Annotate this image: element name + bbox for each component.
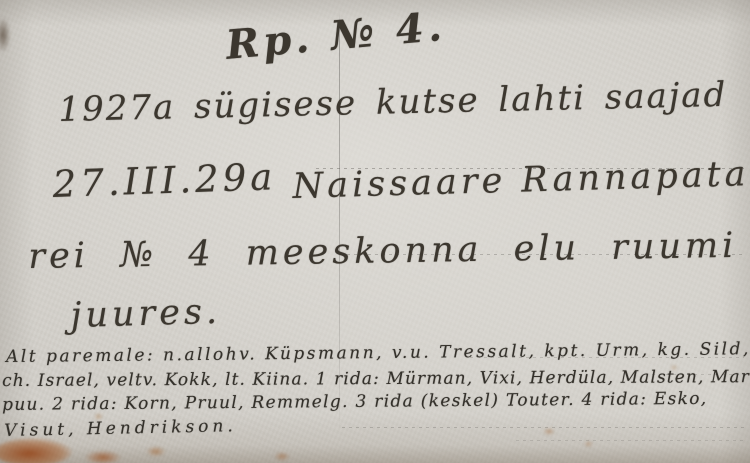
rust-stain <box>84 450 122 463</box>
caption-names-line-2: ch. Israel, veltv. Kokk, lt. Kiina. 1 ri… <box>2 367 750 391</box>
handwriting-line-year: 1927a sügisese kutse lahti saajad <box>58 75 728 130</box>
caption-names-line-1: Alt paremale: n.allohv. Küpsmann, v.u. T… <box>6 339 750 367</box>
address-dotted-line <box>342 427 744 428</box>
rust-stain <box>543 428 555 435</box>
handwriting-line-place: Naissaare Rannapata- <box>292 154 750 207</box>
handwriting-line-date: 27.III.29a <box>52 155 277 206</box>
rust-stain <box>584 441 593 447</box>
handwriting-heading: Rp. № 4. <box>224 3 447 69</box>
rust-stain-large <box>0 438 72 463</box>
handwriting-line-battery: rei № 4 meeskonna elu ruumi <box>28 226 738 277</box>
address-dotted-line <box>516 440 744 441</box>
postcard-back-photo: Rp. № 4. 1927a sügisese kutse lahti saaj… <box>0 0 750 463</box>
handwriting-line-end: juures. <box>70 292 222 336</box>
edge-dark-spot <box>0 18 10 52</box>
rust-stain <box>94 413 103 420</box>
caption-names-line-3: puu. 2 rida: Korn, Pruul, Remmelg. 3 rid… <box>2 389 708 415</box>
rust-stain <box>274 452 290 461</box>
rust-stain <box>146 446 166 457</box>
rust-stain <box>670 365 678 370</box>
